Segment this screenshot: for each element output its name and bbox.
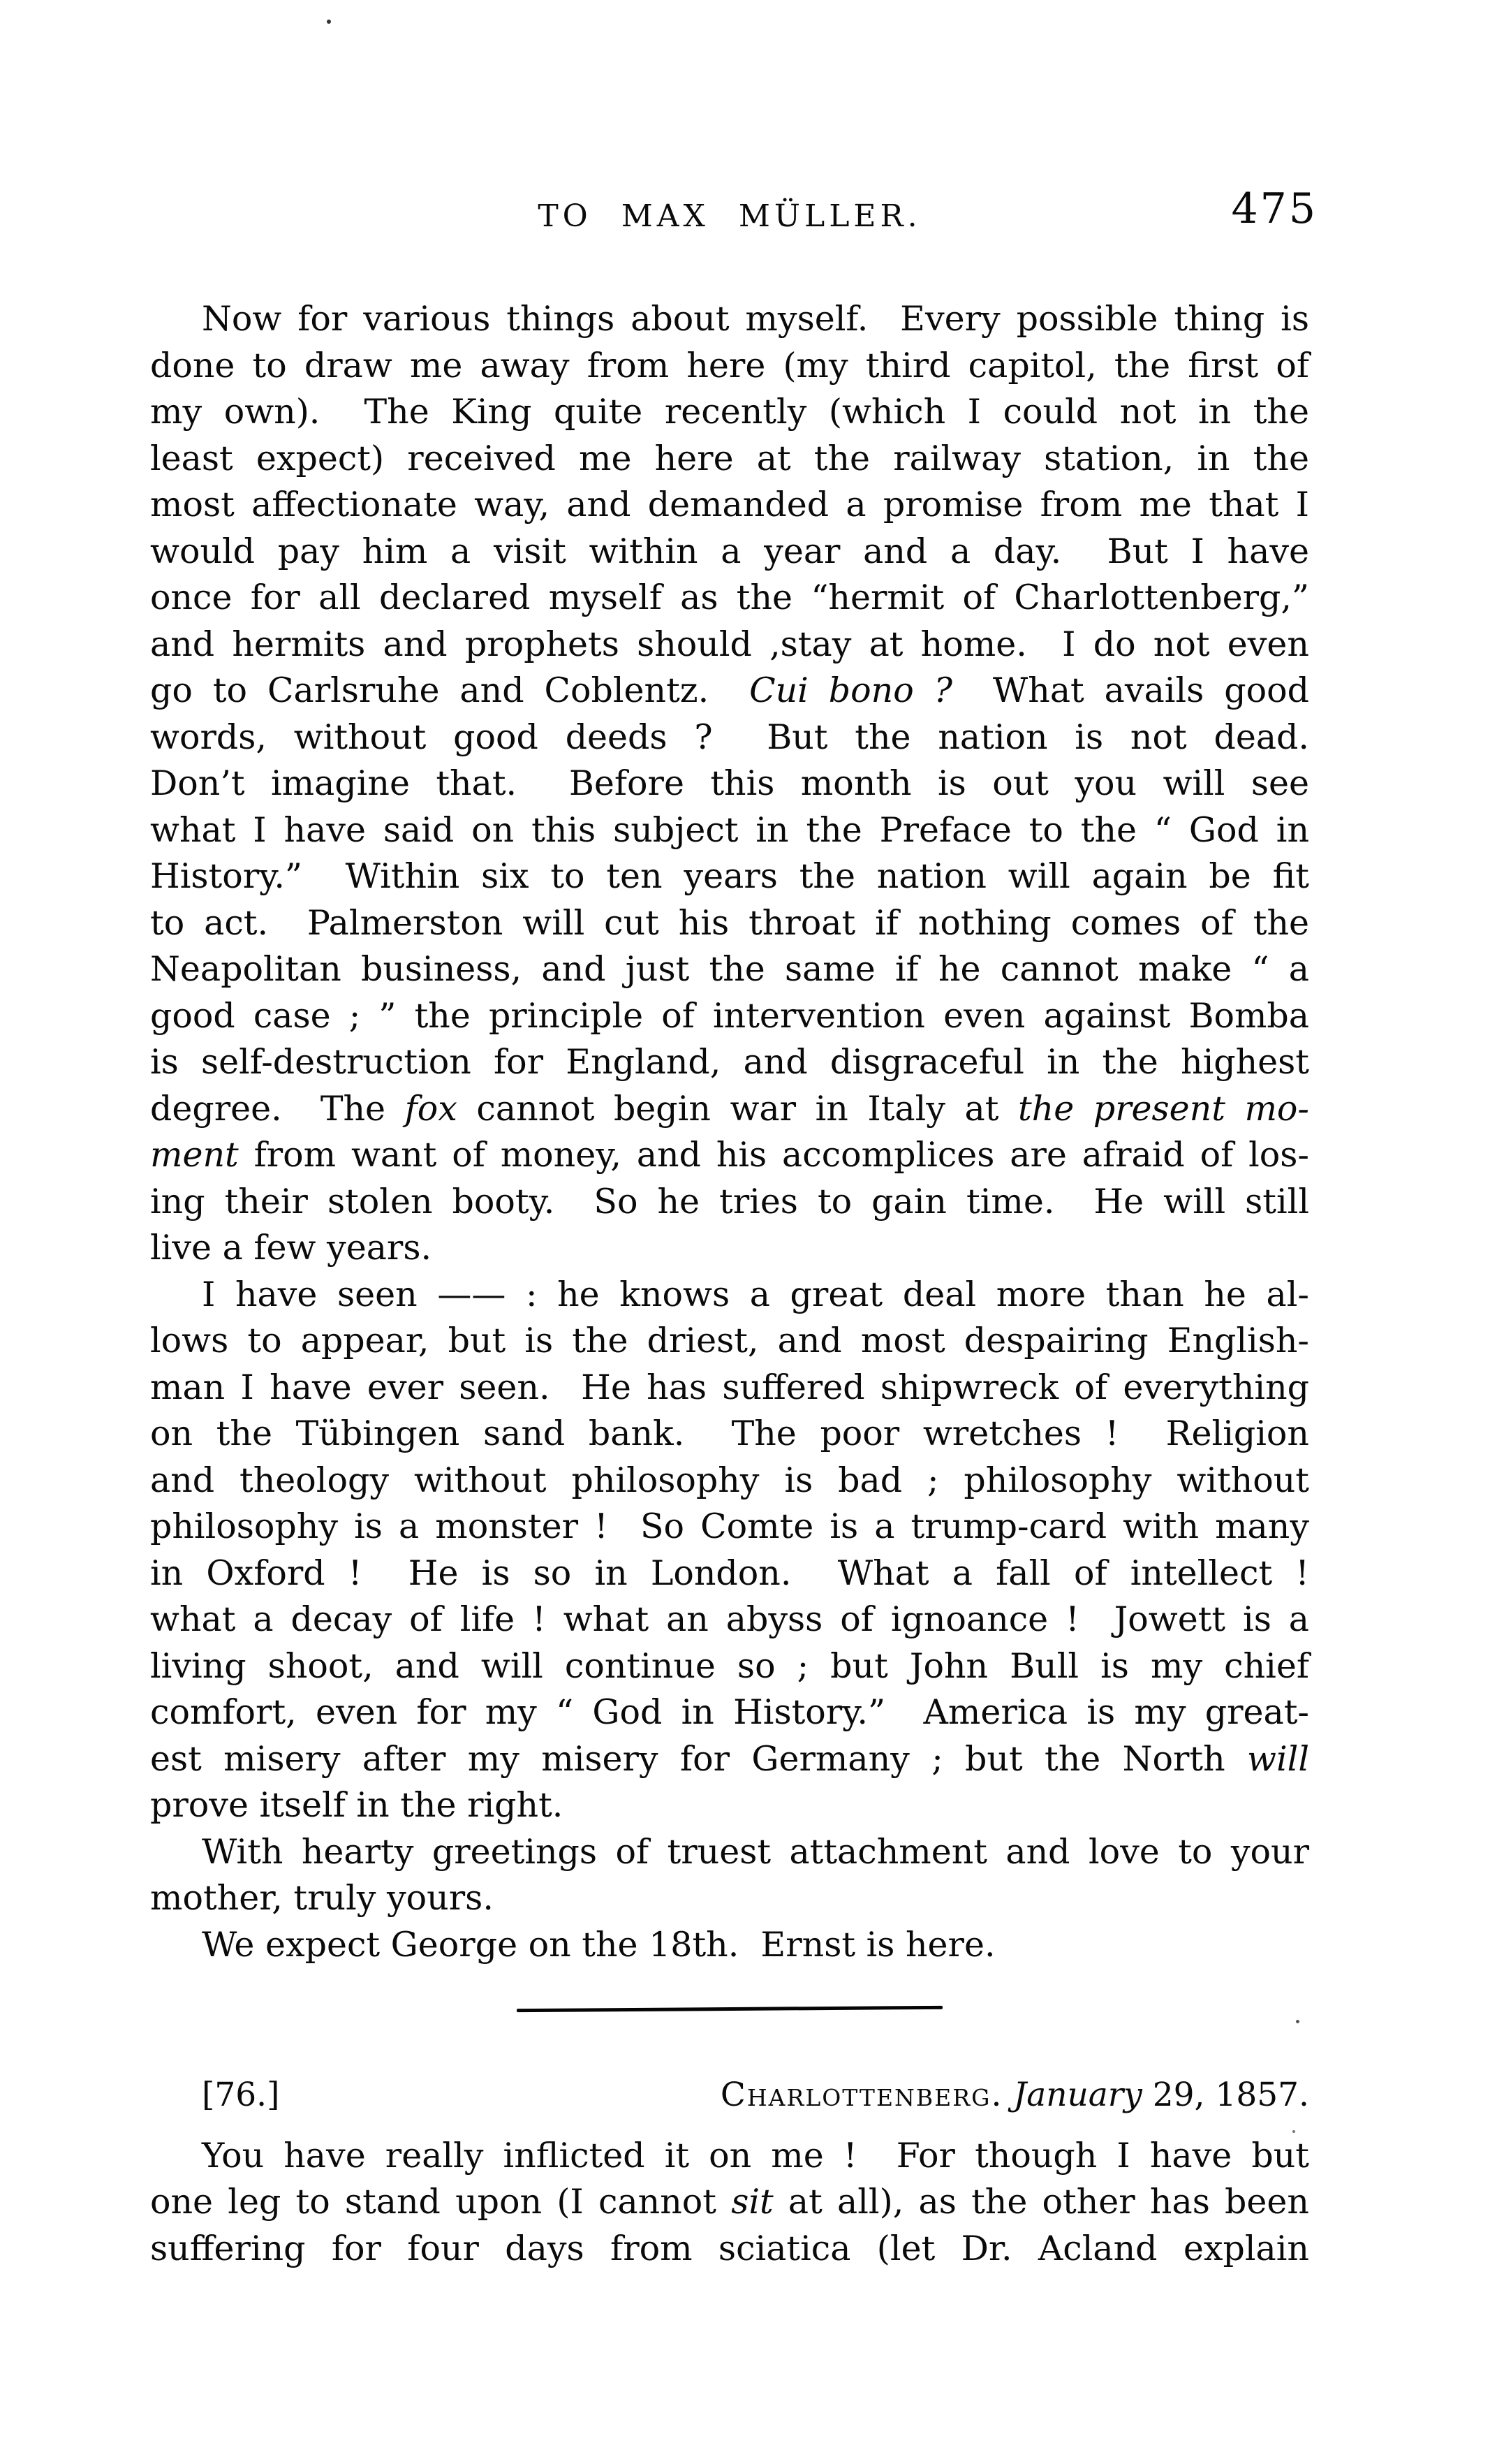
print-speck <box>327 20 331 24</box>
page-title: TO MAX MÜLLER. <box>150 198 1309 234</box>
paragraph: I have seen —— : he knows a great deal m… <box>150 1272 1309 1829</box>
text-line: done to draw me away from here (my third… <box>150 343 1309 390</box>
text-line: History.” Within six to ten years the na… <box>150 853 1309 900</box>
text-line: ment from want of money, and his accompl… <box>150 1132 1309 1179</box>
text-line: Now for various things about myself. Eve… <box>150 296 1309 343</box>
text-line: suffering for four days from sciatica (l… <box>150 2226 1309 2273</box>
letter-heading: [76.] Charlottenberg. January 29, 1857. <box>150 2072 1309 2119</box>
letter-place: Charlottenberg. <box>721 2076 1003 2114</box>
letter-text-block: Now for various things about myself. Eve… <box>150 296 1309 2272</box>
print-speck <box>1296 2020 1299 2023</box>
text-line: mother, truly yours. <box>150 1875 1309 1922</box>
text-line: We expect George on the 18th. Ernst is h… <box>150 1922 1309 1969</box>
text-line: in Oxford ! He is so in London. What a f… <box>150 1550 1309 1597</box>
text-line: on the Tübingen sand bank. The poor wret… <box>150 1411 1309 1458</box>
text-line: comfort, even for my “ God in History.” … <box>150 1689 1309 1736</box>
text-line: Neapolitan business, and just the same i… <box>150 946 1309 993</box>
text-line: man I have ever seen. He has suffered sh… <box>150 1365 1309 1411</box>
text-line: words, without good deeds ? But the nati… <box>150 714 1309 761</box>
text-line: living shoot, and will continue so ; but… <box>150 1643 1309 1690</box>
letter-dateline: Charlottenberg. January 29, 1857. <box>721 2072 1309 2119</box>
paragraph: You have really inflicted it on me ! For… <box>150 2133 1309 2273</box>
text-line: go to Carlsruhe and Coblentz. Cui bono ?… <box>150 668 1309 714</box>
text-line: most affectionate way, and demanded a pr… <box>150 482 1309 529</box>
text-line: what a decay of life ! what an abyss of … <box>150 1597 1309 1643</box>
text-line: Don’t imagine that. Before this month is… <box>150 761 1309 807</box>
print-speck <box>1292 2130 1295 2133</box>
paragraph: With hearty greetings of truest attachme… <box>150 1829 1309 1922</box>
section-divider <box>517 2006 943 2012</box>
letter-date-rest: 29, 1857. <box>1142 2076 1309 2114</box>
text-line: est misery after my misery for Germany ;… <box>150 1736 1309 1783</box>
running-header: TO MAX MÜLLER. 475 <box>150 194 1309 243</box>
text-line: is self-destruction for England, and dis… <box>150 1039 1309 1086</box>
text-line: what I have said on this subject in the … <box>150 807 1309 854</box>
text-line: and hermits and prophets should ,stay at… <box>150 622 1309 668</box>
letter-date-month: January <box>1013 2076 1142 2114</box>
text-line: one leg to stand upon (I cannot sit at a… <box>150 2179 1309 2226</box>
text-line: live a few years. <box>150 1225 1309 1272</box>
book-page: TO MAX MÜLLER. 475 Now for various thing… <box>0 0 1497 2464</box>
text-line: ing their stolen booty. So he tries to g… <box>150 1179 1309 1226</box>
text-line: lows to appear, but is the driest, and m… <box>150 1318 1309 1365</box>
text-line: would pay him a visit within a year and … <box>150 529 1309 575</box>
text-line: to act. Palmerston will cut his throat i… <box>150 900 1309 947</box>
paragraph: Now for various things about myself. Eve… <box>150 296 1309 1272</box>
text-line: You have really inflicted it on me ! For… <box>150 2133 1309 2180</box>
text-line: good case ; ” the principle of intervent… <box>150 993 1309 1040</box>
letter-two-body: You have really inflicted it on me ! For… <box>150 2133 1309 2273</box>
text-line: philosophy is a monster ! So Comte is a … <box>150 1504 1309 1550</box>
text-line: I have seen —— : he knows a great deal m… <box>150 1272 1309 1319</box>
letter-number: [76.] <box>150 2072 279 2119</box>
text-line: With hearty greetings of truest attachme… <box>150 1829 1309 1876</box>
text-line: degree. The fox cannot begin war in Ital… <box>150 1086 1309 1133</box>
page-number: 475 <box>1231 184 1318 233</box>
text-line: prove itself in the right. <box>150 1782 1309 1829</box>
text-line: my own). The King quite recently (which … <box>150 389 1309 436</box>
text-line: once for all declared myself as the “her… <box>150 575 1309 622</box>
paragraph: We expect George on the 18th. Ernst is h… <box>150 1922 1309 1969</box>
text-line: least expect) received me here at the ra… <box>150 436 1309 483</box>
letter-one-body: Now for various things about myself. Eve… <box>150 296 1309 1968</box>
text-line: and theology without philosophy is bad ;… <box>150 1458 1309 1504</box>
